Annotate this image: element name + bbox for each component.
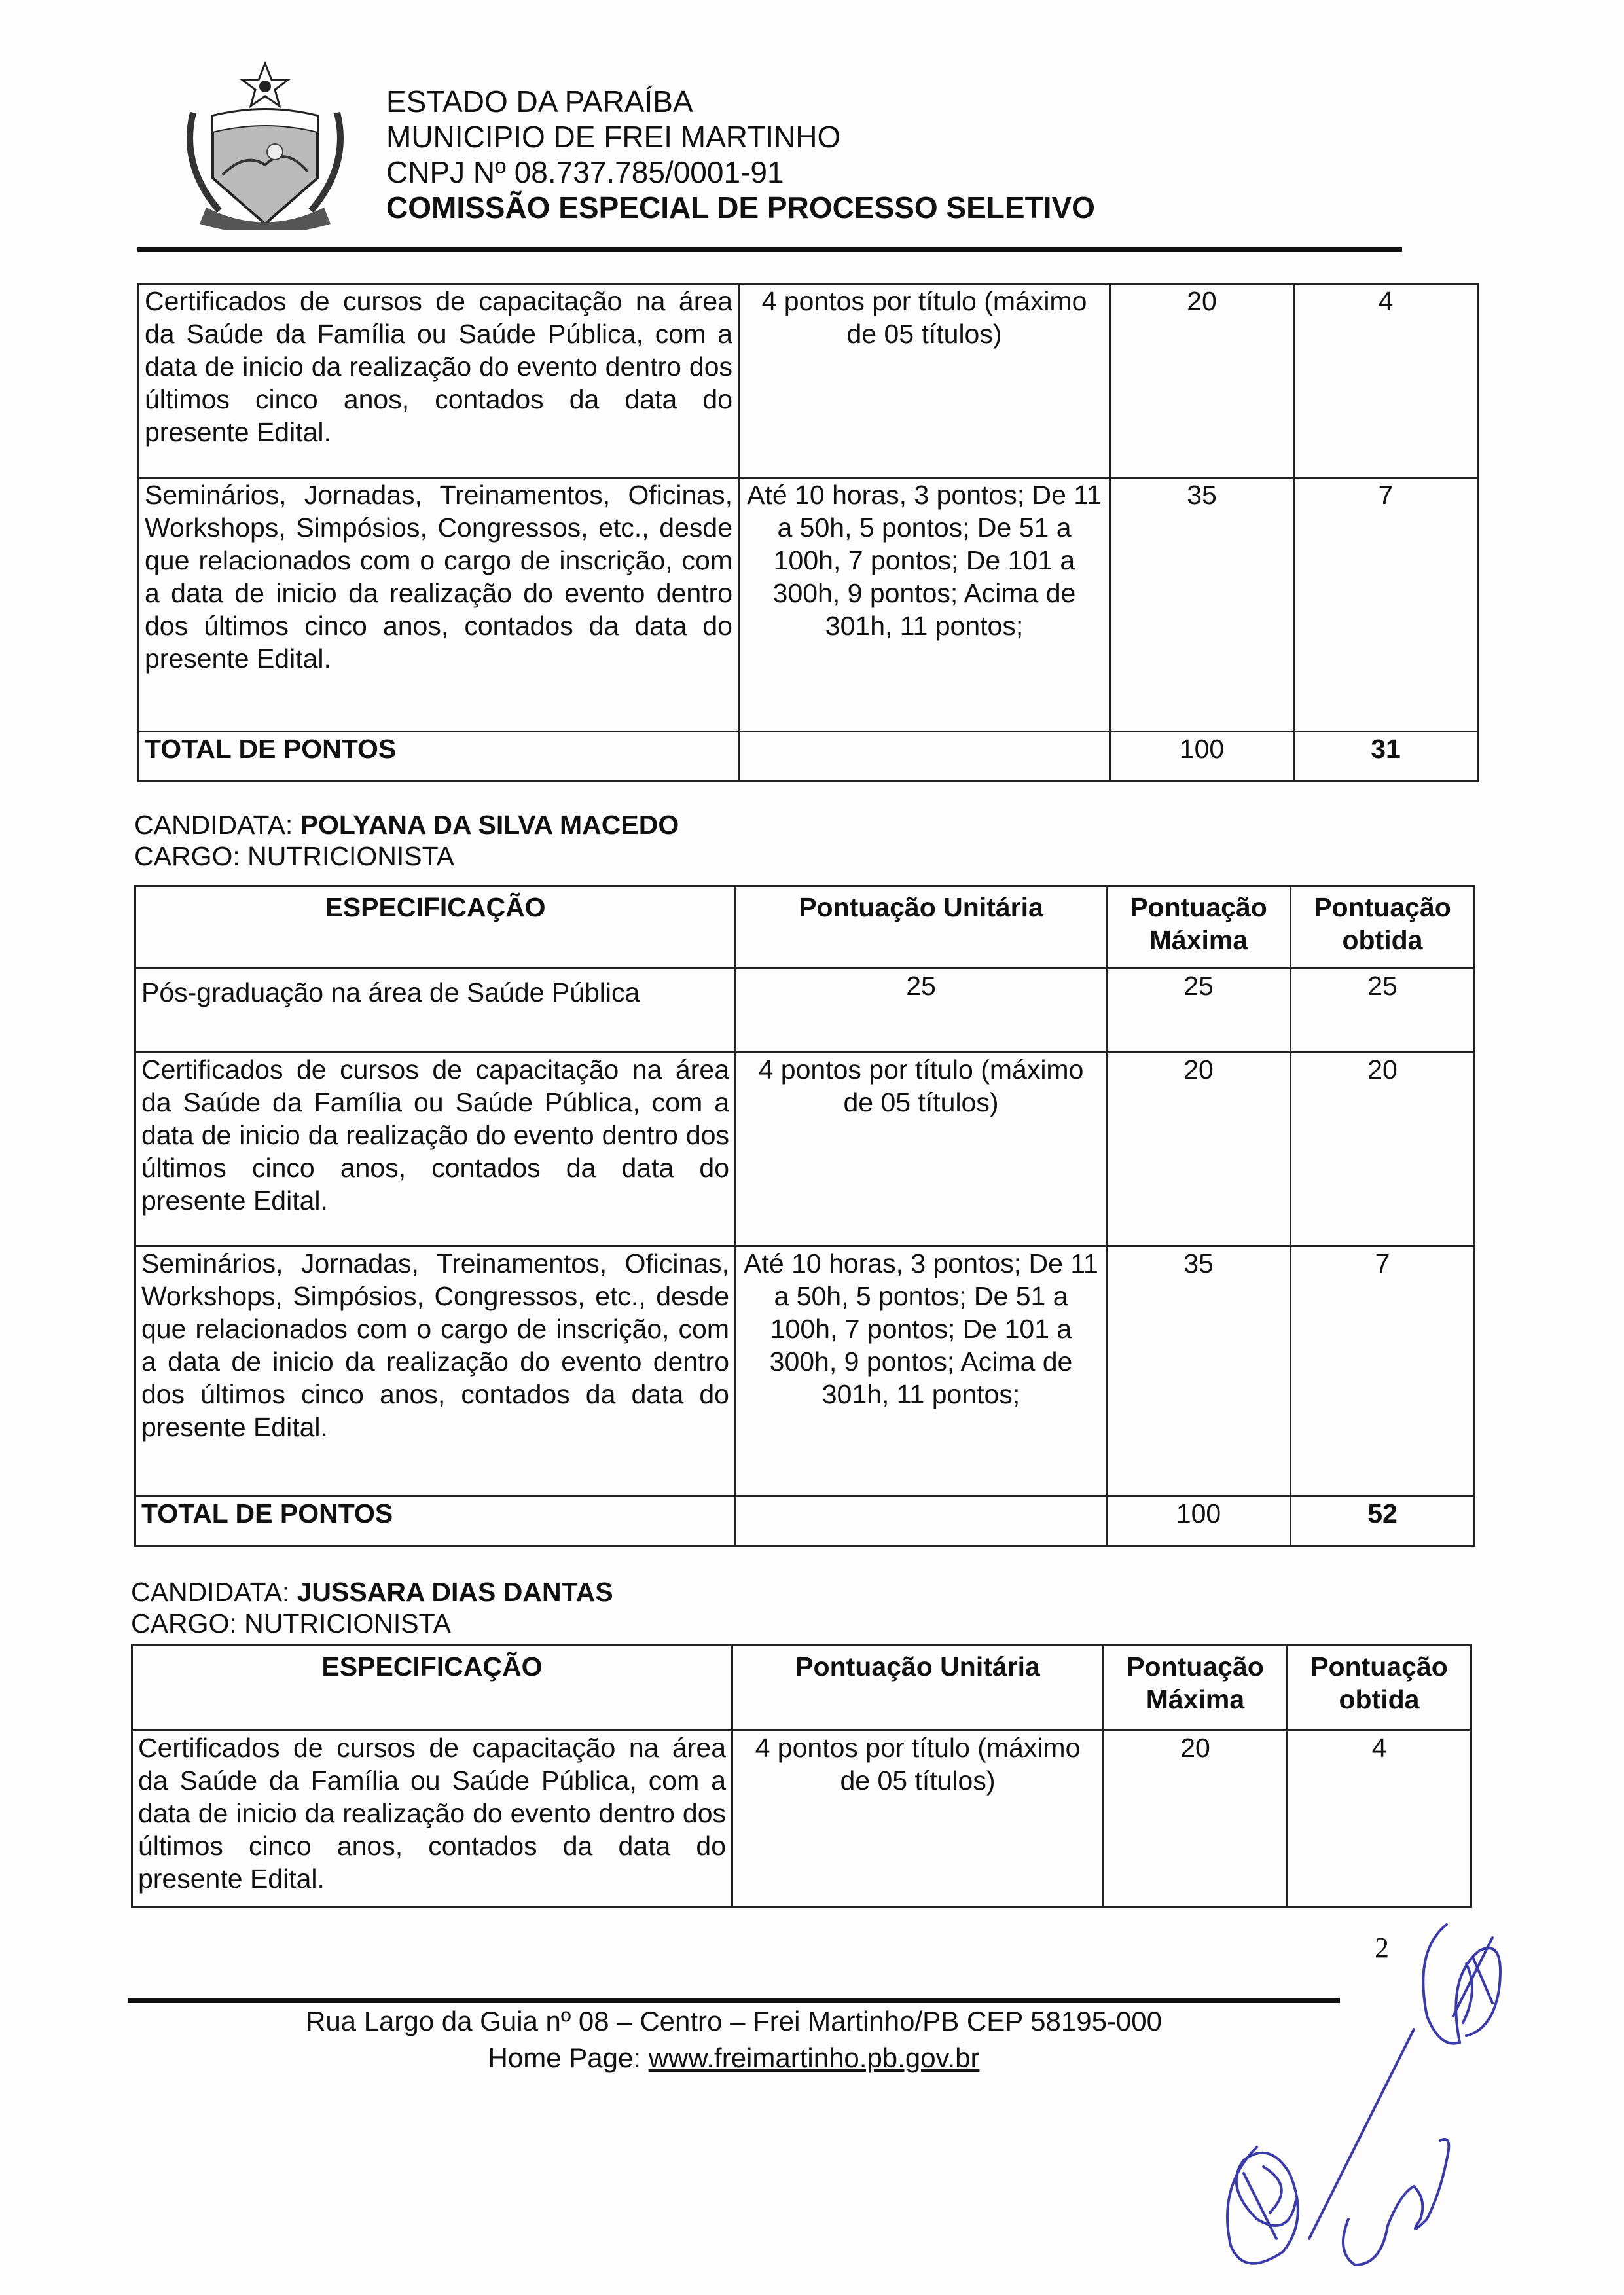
header-divider [137,247,1402,252]
homepage-label: Home Page: [488,2042,649,2073]
candidate-cargo: CARGO: NUTRICIONISTA [134,840,679,872]
footer-divider [128,1998,1340,2003]
obtained-score-cell: 4 [1288,1731,1471,1907]
max-score-cell: 35 [1110,478,1294,732]
max-score-cell: 20 [1107,1053,1291,1246]
obtained-score-cell: 4 [1294,284,1478,478]
header-unit: Pontuação Unitária [732,1646,1104,1731]
total-max: 100 [1110,732,1294,782]
max-score-cell: 20 [1104,1731,1288,1907]
signatures-icon [1139,1911,1545,2278]
candidate-name: JUSSARA DIAS DANTAS [297,1577,613,1607]
spec-cell: Seminários, Jornadas, Treinamentos, Ofic… [135,1246,736,1496]
candidate-info: CANDIDATA: POLYANA DA SILVA MACEDO CARGO… [134,809,679,872]
header-spec: ESPECIFICAÇÃO [135,886,736,969]
table-header-row: ESPECIFICAÇÃO Pontuação Unitária Pontuaç… [135,886,1475,969]
header-spec: ESPECIFICAÇÃO [132,1646,732,1731]
spec-cell: Certificados de cursos de capacitação na… [139,284,739,478]
header-max: Pontuação Máxima [1104,1646,1288,1731]
unit-score-cell: 4 pontos por título (máximo de 05 título… [732,1731,1104,1907]
state-name: ESTADO DA PARAÍBA [386,84,1095,119]
header-unit: Pontuação Unitária [736,886,1107,969]
score-table-jussara: ESPECIFICAÇÃO Pontuação Unitária Pontuaç… [131,1644,1472,1908]
footer-address: Rua Largo da Guia nº 08 – Centro – Frei … [128,2003,1340,2040]
empty-cell [736,1496,1107,1546]
total-max: 100 [1107,1496,1291,1546]
obtained-score-cell: 7 [1294,478,1478,732]
table-header-row: ESPECIFICAÇÃO Pontuação Unitária Pontuaç… [132,1646,1471,1731]
spec-cell: Certificados de cursos de capacitação na… [135,1053,736,1246]
footer: Rua Largo da Guia nº 08 – Centro – Frei … [128,2003,1340,2076]
empty-cell [739,732,1110,782]
spec-cell: Pós-graduação na área de Saúde Pública [135,969,736,1053]
cnpj: CNPJ Nº 08.737.785/0001-91 [386,154,1095,190]
candidate-cargo: CARGO: NUTRICIONISTA [131,1608,613,1639]
spec-cell: Seminários, Jornadas, Treinamentos, Ofic… [139,478,739,732]
max-score-cell: 20 [1110,284,1294,478]
commission-name: COMISSÃO ESPECIAL DE PROCESSO SELETIVO [386,190,1095,225]
candidate-label: CANDIDATA: [134,810,300,840]
table-row: Pós-graduação na área de Saúde Pública 2… [135,969,1475,1053]
table-row: Seminários, Jornadas, Treinamentos, Ofic… [135,1246,1475,1496]
spec-cell: Certificados de cursos de capacitação na… [132,1731,732,1907]
header-obtained: Pontuação obtida [1288,1646,1471,1731]
header-obtained: Pontuação obtida [1291,886,1475,969]
unit-score-cell: 4 pontos por título (máximo de 05 título… [736,1053,1107,1246]
total-obtained: 52 [1291,1496,1475,1546]
total-row: TOTAL DE PONTOS 100 52 [135,1496,1475,1546]
municipality-name: MUNICIPIO DE FREI MARTINHO [386,119,1095,154]
unit-score-cell: 4 pontos por título (máximo de 05 título… [739,284,1110,478]
obtained-score-cell: 20 [1291,1053,1475,1246]
obtained-score-cell: 25 [1291,969,1475,1053]
letterhead: ESTADO DA PARAÍBA MUNICIPIO DE FREI MART… [386,84,1095,225]
candidate-name: POLYANA DA SILVA MACEDO [300,810,679,840]
table-row: Seminários, Jornadas, Treinamentos, Ofic… [139,478,1478,732]
unit-score-cell: 25 [736,969,1107,1053]
total-row: TOTAL DE PONTOS 100 31 [139,732,1478,782]
unit-score-cell: Até 10 horas, 3 pontos; De 11 a 50h, 5 p… [739,478,1110,732]
candidate-info: CANDIDATA: JUSSARA DIAS DANTAS CARGO: NU… [131,1576,613,1639]
total-label: TOTAL DE PONTOS [135,1496,736,1546]
coat-of-arms-icon [167,60,363,230]
max-score-cell: 25 [1107,969,1291,1053]
unit-score-cell: Até 10 horas, 3 pontos; De 11 a 50h, 5 p… [736,1246,1107,1496]
score-table-continued: Certificados de cursos de capacitação na… [137,283,1479,782]
page-number: 2 [1375,1931,1389,1964]
obtained-score-cell: 7 [1291,1246,1475,1496]
table-row: Certificados de cursos de capacitação na… [132,1731,1471,1907]
homepage-link[interactable]: www.freimartinho.pb.gov.br [649,2042,980,2073]
total-obtained: 31 [1294,732,1478,782]
table-row: Certificados de cursos de capacitação na… [135,1053,1475,1246]
table-row: Certificados de cursos de capacitação na… [139,284,1478,478]
total-label: TOTAL DE PONTOS [139,732,739,782]
header-max: Pontuação Máxima [1107,886,1291,969]
score-table-polyana: ESPECIFICAÇÃO Pontuação Unitária Pontuaç… [134,885,1475,1547]
candidate-label: CANDIDATA: [131,1577,297,1607]
max-score-cell: 35 [1107,1246,1291,1496]
